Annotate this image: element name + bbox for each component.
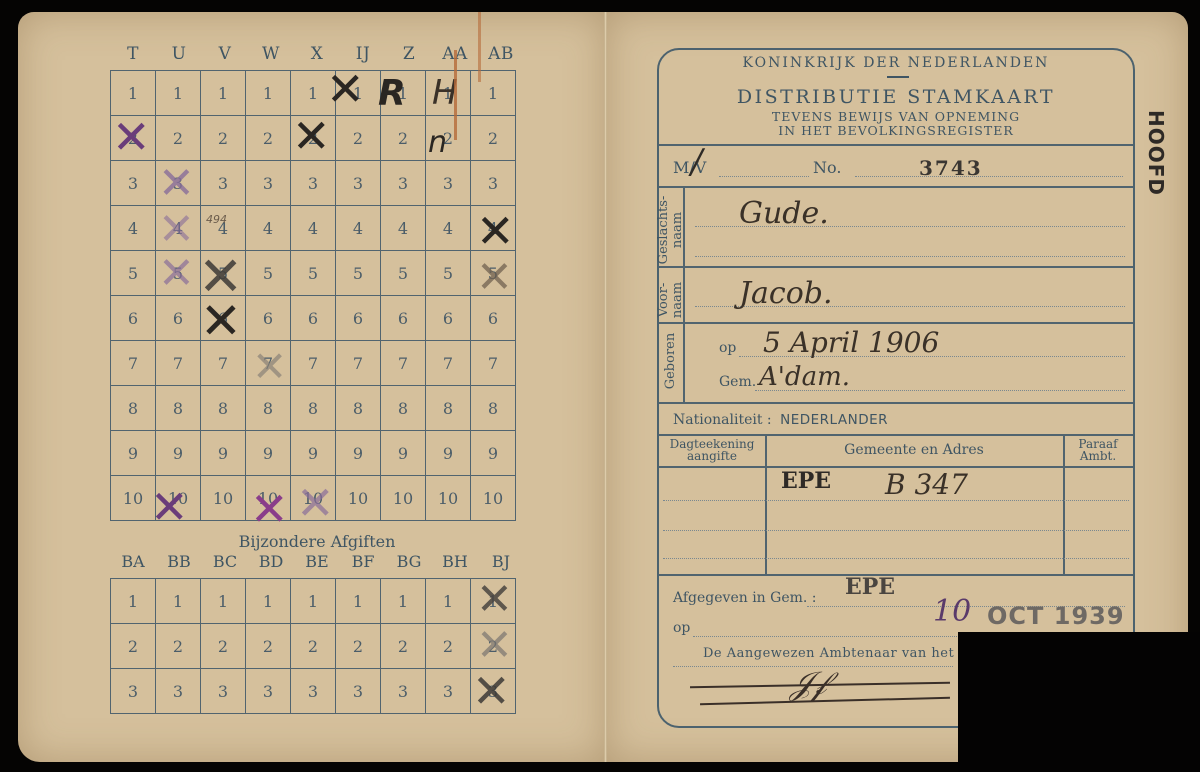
- address-col-municipality: Gemeente en Adres: [765, 442, 1063, 458]
- ration-coupon-cell: 3: [246, 161, 291, 206]
- ration-coupon-cell: 8: [381, 386, 426, 431]
- column-header: BH: [432, 552, 478, 571]
- special-coupon-cell: 2: [156, 624, 201, 669]
- grid-row: 999999999: [111, 431, 516, 476]
- column-header: AB: [478, 44, 524, 64]
- divider: [659, 266, 1133, 268]
- card-title: DISTRIBUTIE STAMKAART: [659, 86, 1133, 108]
- column-header: BA: [110, 552, 156, 571]
- ration-coupon-cell: 1: [336, 71, 381, 116]
- ration-coupon-cell: 4: [426, 206, 471, 251]
- address-col-initials-line-2: Ambt.: [1063, 450, 1133, 462]
- nationality-row: Nationaliteit : NEDERLANDER: [673, 412, 888, 428]
- special-coupon-cell: 1: [246, 579, 291, 624]
- ration-coupon-cell: 7: [381, 341, 426, 386]
- stamkaart-card: KONINKRIJK DER NEDERLANDEN DISTRIBUTIE S…: [657, 48, 1135, 728]
- column-header: BE: [294, 552, 340, 571]
- ration-coupon-cell: 4: [381, 206, 426, 251]
- ration-coupon-cell: 7: [201, 341, 246, 386]
- issued-municipality-stamp: EPE: [845, 574, 895, 600]
- hoofd-stamp: HOOFD: [1144, 110, 1168, 196]
- address-col-date: Dagteekening aangifte: [659, 438, 765, 462]
- ration-coupon-cell: 1: [246, 71, 291, 116]
- column-header: BB: [156, 552, 202, 571]
- grid-row: 777777777: [111, 341, 516, 386]
- special-coupon-cell: 3: [201, 669, 246, 714]
- ration-coupon-cell: 4: [291, 206, 336, 251]
- special-coupon-cell: 1: [381, 579, 426, 624]
- ration-coupon-cell: 10: [111, 476, 156, 521]
- dotted-line: [855, 176, 1123, 177]
- address-col-initials: Paraaf Ambt.: [1063, 438, 1133, 462]
- born-gem-value: A'dam.: [759, 362, 850, 392]
- special-issues-grid: 111111111222222222333333333: [110, 578, 516, 714]
- born-on-value: 5 April 1906: [763, 326, 939, 359]
- born-on-label: op: [719, 340, 736, 356]
- born-gem-label: Gem.: [719, 374, 756, 390]
- firstname-label: Voor- naam: [657, 274, 685, 326]
- firstname-label-line-2: naam: [671, 274, 685, 326]
- ration-coupon-cell: 10: [156, 476, 201, 521]
- ration-coupon-cell: 3: [111, 161, 156, 206]
- ration-coupon-cell: 9: [201, 431, 246, 476]
- subtitle-line-1: TEVENS BEWIJS VAN OPNEMING: [659, 110, 1133, 124]
- special-coupon-cell: 2: [336, 624, 381, 669]
- ration-grid: 1111111112222222223333333334444444445555…: [110, 70, 516, 521]
- ration-coupon-cell: 8: [426, 386, 471, 431]
- divider: [659, 322, 1133, 324]
- special-issues-title: Bijzondere Afgiften: [110, 532, 524, 551]
- ration-coupon-cell: 2: [246, 116, 291, 161]
- ration-coupon-cell: 8: [291, 386, 336, 431]
- special-coupon-cell: 2: [201, 624, 246, 669]
- issued-on-label: op: [673, 620, 690, 636]
- ration-coupon-cell: 4: [246, 206, 291, 251]
- column-header: BF: [340, 552, 386, 571]
- column-header: V: [202, 44, 248, 64]
- heading-rule: [887, 76, 909, 78]
- column-header: BJ: [478, 552, 524, 571]
- special-coupon-cell: 2: [381, 624, 426, 669]
- ration-coupon-cell: 3: [381, 161, 426, 206]
- ration-coupon-cell: 10: [426, 476, 471, 521]
- ration-coupon-cell: 4: [336, 206, 381, 251]
- ration-coupon-cell: 8: [336, 386, 381, 431]
- ration-coupon-cell: 1: [111, 71, 156, 116]
- ration-coupon-cell: 2: [381, 116, 426, 161]
- column-header: BC: [202, 552, 248, 571]
- special-coupon-cell: 1: [291, 579, 336, 624]
- dotted-line: [719, 176, 809, 177]
- card-subtitle: TEVENS BEWIJS VAN OPNEMING IN HET BEVOLK…: [659, 110, 1133, 138]
- ration-coupon-cell: 3: [336, 161, 381, 206]
- ration-coupon-cell: 1: [426, 71, 471, 116]
- ration-coupon-cell: 9: [381, 431, 426, 476]
- ration-coupon-cell: 2: [291, 116, 336, 161]
- special-coupon-cell: 1: [471, 579, 516, 624]
- kingdom-heading: KONINKRIJK DER NEDERLANDEN: [659, 55, 1133, 71]
- ration-coupon-cell: 9: [111, 431, 156, 476]
- grid-row: 333333333: [111, 161, 516, 206]
- column-header: BD: [248, 552, 294, 571]
- ration-coupon-cell: 9: [291, 431, 336, 476]
- ration-coupon-cell: 6: [471, 296, 516, 341]
- special-coupon-cell: 3: [291, 669, 336, 714]
- dotted-line: [663, 558, 1129, 559]
- ration-coupon-cell: 2: [336, 116, 381, 161]
- special-coupon-cell: 2: [291, 624, 336, 669]
- divider: [659, 574, 1133, 576]
- official-label: De Aangewezen Ambtenaar van het: [703, 646, 954, 661]
- ration-coupon-cell: 9: [156, 431, 201, 476]
- special-coupon-cell: 1: [111, 579, 156, 624]
- grid-row: 111111111: [111, 71, 516, 116]
- ration-coupon-cell: 5: [381, 251, 426, 296]
- ration-coupon-cell: 7: [471, 341, 516, 386]
- ration-coupon-cell: 10: [381, 476, 426, 521]
- grid-row: 222222222: [111, 624, 516, 669]
- ration-coupon-cell: 6: [336, 296, 381, 341]
- ration-coupon-cell: 5: [156, 251, 201, 296]
- special-coupon-cell: 3: [336, 669, 381, 714]
- grid-row: 555555555: [111, 251, 516, 296]
- ration-coupon-cell: 2: [111, 116, 156, 161]
- ration-coupon-cell: 6: [111, 296, 156, 341]
- ration-coupon-cell: 9: [246, 431, 291, 476]
- ration-coupon-cell: 3: [471, 161, 516, 206]
- column-header: BG: [386, 552, 432, 571]
- special-coupon-cell: 1: [156, 579, 201, 624]
- ration-coupon-cell: 2: [156, 116, 201, 161]
- dotted-line: [663, 530, 1129, 531]
- ration-coupon-cell: 8: [156, 386, 201, 431]
- number-label: No.: [813, 158, 841, 177]
- ration-coupon-cell: 10: [291, 476, 336, 521]
- page-fold: [604, 12, 607, 762]
- ration-coupon-cell: 6: [201, 296, 246, 341]
- special-coupon-cell: 2: [111, 624, 156, 669]
- ration-coupon-cell: 10: [471, 476, 516, 521]
- column-header: IJ: [340, 44, 386, 64]
- card-number: 3743: [919, 156, 983, 180]
- special-coupon-cell: 2: [471, 624, 516, 669]
- ration-coupon-cell: 10: [336, 476, 381, 521]
- divider: [659, 186, 1133, 188]
- divider: [659, 402, 1133, 404]
- ration-coupon-cell: 3: [201, 161, 246, 206]
- grid-row: 101010101010101010: [111, 476, 516, 521]
- ration-coupon-cell: 6: [426, 296, 471, 341]
- special-coupon-cell: 3: [111, 669, 156, 714]
- ration-coupon-cell: 7: [336, 341, 381, 386]
- firstname-label-line-1: Voor-: [657, 274, 671, 326]
- ration-coupon-cell: 5: [111, 251, 156, 296]
- address-entry-stamp: EPE: [781, 468, 831, 494]
- ration-coupon-cell: 7: [156, 341, 201, 386]
- ration-coupon-cell: 9: [471, 431, 516, 476]
- grid-row: 444444444: [111, 206, 516, 251]
- grid-row: 111111111: [111, 579, 516, 624]
- ration-coupon-cell: 5: [291, 251, 336, 296]
- firstname-value: Jacob.: [739, 276, 833, 311]
- grid-row: 666666666: [111, 296, 516, 341]
- nationality-value: NEDERLANDER: [780, 412, 888, 428]
- ration-coupon-cell: 6: [291, 296, 336, 341]
- ration-coupon-cell: 2: [426, 116, 471, 161]
- column-header: X: [294, 44, 340, 64]
- surname-value: Gude.: [739, 196, 829, 231]
- surname-label-line-2: naam: [671, 192, 685, 268]
- grid-row: 888888888: [111, 386, 516, 431]
- ration-coupon-cell: 6: [156, 296, 201, 341]
- issued-day: 10: [933, 594, 971, 629]
- surname-label-line-1: Geslachts-: [657, 192, 671, 268]
- sex-strike-mark: /: [691, 142, 702, 182]
- ration-coupon-cell: 9: [426, 431, 471, 476]
- ration-coupon-cell: 6: [246, 296, 291, 341]
- ration-coupon-cell: 9: [336, 431, 381, 476]
- ration-coupon-cell: 2: [201, 116, 246, 161]
- ration-coupon-cell: 1: [381, 71, 426, 116]
- special-coupon-cell: 3: [381, 669, 426, 714]
- column-header: W: [248, 44, 294, 64]
- divider: [659, 144, 1133, 146]
- ration-coupon-cell: 5: [471, 251, 516, 296]
- ration-coupon-cell: 3: [291, 161, 336, 206]
- column-header: T: [110, 44, 156, 64]
- ration-coupon-cell: 7: [291, 341, 336, 386]
- nationality-label: Nationaliteit :: [673, 412, 772, 428]
- ration-coupon-cell: 8: [246, 386, 291, 431]
- ration-coupon-cell: 5: [336, 251, 381, 296]
- issued-label: Afgegeven in Gem. :: [673, 590, 817, 606]
- column-header: U: [156, 44, 202, 64]
- special-coupon-cell: 3: [246, 669, 291, 714]
- ration-coupon-cell: 8: [111, 386, 156, 431]
- column-header: Z: [386, 44, 432, 64]
- ration-coupon-cell: 6: [381, 296, 426, 341]
- address-col-date-line-2: aangifte: [659, 450, 765, 462]
- dotted-line: [695, 256, 1125, 257]
- ration-coupon-cell: 1: [156, 71, 201, 116]
- special-issues-column-headers: BABBBCBDBEBFBGBHBJ: [110, 552, 524, 571]
- special-coupon-cell: 3: [426, 669, 471, 714]
- grid-row: 222222222: [111, 116, 516, 161]
- address-entry-value: B 347: [885, 468, 968, 501]
- ration-grid-column-headers: TUVWXIJZAAAB: [110, 44, 524, 64]
- ration-coupon-cell: 5: [246, 251, 291, 296]
- signature: 𝒥𝒻: [790, 664, 826, 703]
- grid-row: 333333333: [111, 669, 516, 714]
- ration-coupon-cell: 2: [471, 116, 516, 161]
- ration-coupon-cell: 1: [291, 71, 336, 116]
- ration-coupon-cell: 1: [201, 71, 246, 116]
- ration-coupon-cell: 7: [426, 341, 471, 386]
- special-coupon-cell: 3: [471, 669, 516, 714]
- column-header: AA: [432, 44, 478, 64]
- ration-coupon-cell: 10: [201, 476, 246, 521]
- ration-coupon-cell: 4: [471, 206, 516, 251]
- special-coupon-cell: 1: [336, 579, 381, 624]
- ration-coupon-cell: 5: [426, 251, 471, 296]
- ration-coupon-cell: 1: [471, 71, 516, 116]
- ration-coupon-cell: 8: [471, 386, 516, 431]
- redaction-block: [958, 632, 1200, 772]
- special-coupon-cell: 2: [426, 624, 471, 669]
- ration-coupon-cell: 4: [156, 206, 201, 251]
- ration-coupon-cell: 4: [111, 206, 156, 251]
- special-coupon-cell: 3: [156, 669, 201, 714]
- surname-label: Geslachts- naam: [657, 192, 685, 268]
- ration-coupon-cell: 3: [426, 161, 471, 206]
- issued-date-stamp: OCT 1939: [987, 602, 1125, 630]
- subtitle-line-2: IN HET BEVOLKINGSREGISTER: [659, 124, 1133, 138]
- special-coupon-cell: 1: [426, 579, 471, 624]
- ration-coupon-cell: 10: [246, 476, 291, 521]
- born-label: Geboren: [664, 329, 678, 393]
- ration-coupon-cell: 4: [201, 206, 246, 251]
- special-coupon-cell: 2: [246, 624, 291, 669]
- ration-coupon-cell: 8: [201, 386, 246, 431]
- ration-coupon-cell: 5: [201, 251, 246, 296]
- ration-coupon-cell: 3: [156, 161, 201, 206]
- divider: [659, 434, 1133, 436]
- ration-coupon-cell: 7: [246, 341, 291, 386]
- ration-coupon-cell: 7: [111, 341, 156, 386]
- special-coupon-cell: 1: [201, 579, 246, 624]
